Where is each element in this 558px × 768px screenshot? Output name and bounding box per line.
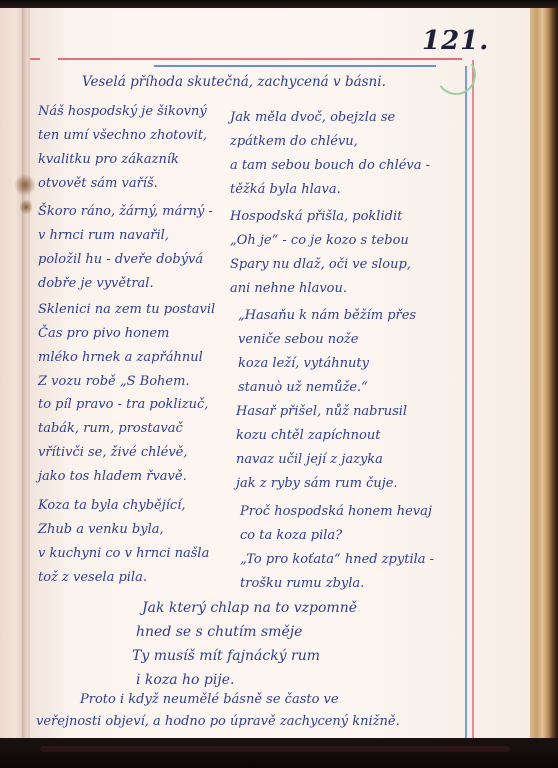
verse-line: ten umí všechno zhotovit, xyxy=(38,124,207,148)
red-header-rule xyxy=(58,58,462,60)
notebook-page: 121. Veselá příhoda skutečná, zachycená … xyxy=(30,8,530,738)
stanza-left-2: Škoro ráno, žárný, márný - v hrnci rum n… xyxy=(38,200,213,296)
verse-line: kvalitku pro zákazník xyxy=(38,148,207,172)
verse-line: Jak který chlap na to vzpomně xyxy=(142,596,357,620)
verse-line: v hrnci rum navařil, xyxy=(38,224,213,248)
blue-margin-rule xyxy=(465,66,467,738)
blue-header-rule xyxy=(154,65,436,67)
title-line: Veselá příhoda skutečná, zachycená v bás… xyxy=(82,70,386,94)
stanza-right-1: Jak měla dvoč, obejzla se zpátkem do chl… xyxy=(230,106,430,202)
verse-line: Proč hospodská honem hevaj xyxy=(240,500,434,524)
stanza-left-4: to píl pravo - tra poklizuč, tabák, rum,… xyxy=(38,393,208,489)
stanza-right-2: Hospodská přišla, poklidit „Oh je“ - co … xyxy=(230,205,411,301)
stain-mark xyxy=(14,174,36,196)
page-number: 121. xyxy=(422,26,489,56)
stanza-right-5: Proč hospodská honem hevaj co ta koza pi… xyxy=(240,500,434,596)
verse-line: mléko hrnek a zapřáhnul xyxy=(38,346,215,370)
verse-line: jak z ryby sám rum čuje. xyxy=(236,472,407,496)
verse-line: tož z vesela pila. xyxy=(38,566,209,590)
verse-line: Ty musíš mít fajnácký rum xyxy=(132,644,357,668)
red-margin-rule xyxy=(472,60,474,746)
epilogue-line: Proto i když neumělé básně se často ve xyxy=(80,688,339,712)
verse-line: v kuchyni co v hrnci našla xyxy=(38,542,209,566)
verse-line: kozu chtěl zapíchnout xyxy=(236,424,407,448)
stanza-left-1: Náš hospodský je šikovný ten umí všechno… xyxy=(38,100,207,196)
verse-line: dobře je vyvětral. xyxy=(38,272,213,296)
verse-line: ani nehne hlavou. xyxy=(230,277,411,301)
stanza-left-3: Sklenici na zem tu postavil Čas pro pivo… xyxy=(38,298,215,394)
verse-line: „Hasaňu k nám běžím přes xyxy=(238,304,416,328)
verse-line: Hasař přišel, nůž nabrusil xyxy=(236,400,407,424)
epilogue-line: veřejnosti objeví, a hodno po úpravě zac… xyxy=(36,710,400,734)
verse-line: a tam sebou bouch do chléva - xyxy=(230,154,430,178)
verse-line: tabák, rum, prostavač xyxy=(38,417,208,441)
stanza-right-4: Hasař přišel, nůž nabrusil kozu chtěl za… xyxy=(236,400,407,496)
verse-line: těžká byla hlava. xyxy=(230,178,430,202)
stain-mark xyxy=(20,198,32,216)
verse-line: Náš hospodský je šikovný xyxy=(38,100,207,124)
verse-line: Jak měla dvoč, obejzla se xyxy=(230,106,430,130)
verse-line: Koza ta byla chybějící, xyxy=(38,494,209,518)
verse-line: stanuò už nemůže.“ xyxy=(238,376,416,400)
verse-line: jako tos hladem řvavě. xyxy=(38,465,208,489)
verse-line: otvovět sám vaříš. xyxy=(38,172,207,196)
verse-line: Zhub a venku byla, xyxy=(38,518,209,542)
verse-line: zpátkem do chlévu, xyxy=(230,130,430,154)
stanza-right-3: „Hasaňu k nám běžím přes veniče sebou no… xyxy=(238,304,416,400)
verse-line: Sklenici na zem tu postavil xyxy=(38,298,215,322)
verse-line: navaz učil její z jazyka xyxy=(236,448,407,472)
verse-line: Spary nu dlaž, oči ve sloup, xyxy=(230,253,411,277)
verse-line: položil hu - dveře dobývá xyxy=(38,248,213,272)
red-header-rule-left xyxy=(30,58,40,60)
book-page-edges xyxy=(530,8,558,738)
verse-line: vřítivči se, živé chlévě, xyxy=(38,441,208,465)
scan-top-border xyxy=(0,0,558,8)
verse-line: hned se s chutím směje xyxy=(136,620,357,644)
stanza-left-5: Koza ta byla chybějící, Zhub a venku byl… xyxy=(38,494,209,590)
verse-line: „Oh je“ - co je kozo s tebou xyxy=(230,229,411,253)
verse-line: Hospodská přišla, poklidit xyxy=(230,205,411,229)
verse-line: Škoro ráno, žárný, márný - xyxy=(38,200,213,224)
scan-bottom-border xyxy=(0,738,558,768)
verse-line: trošku rumu zbyla. xyxy=(240,572,434,596)
verse-line: „To pro koťata“ hned zpytila - xyxy=(240,548,434,572)
verse-line: Čas pro pivo honem xyxy=(38,322,215,346)
stanza-closing: Jak který chlap na to vzpomně hned se s … xyxy=(142,596,357,692)
verse-line: Z vozu robě „S Bohem. xyxy=(38,370,215,394)
verse-line: veniče sebou nože xyxy=(238,328,416,352)
verse-line: koza leží, vytáhnuty xyxy=(238,352,416,376)
verse-line: to píl pravo - tra poklizuč, xyxy=(38,393,208,417)
verse-line: co ta koza pila? xyxy=(240,524,434,548)
